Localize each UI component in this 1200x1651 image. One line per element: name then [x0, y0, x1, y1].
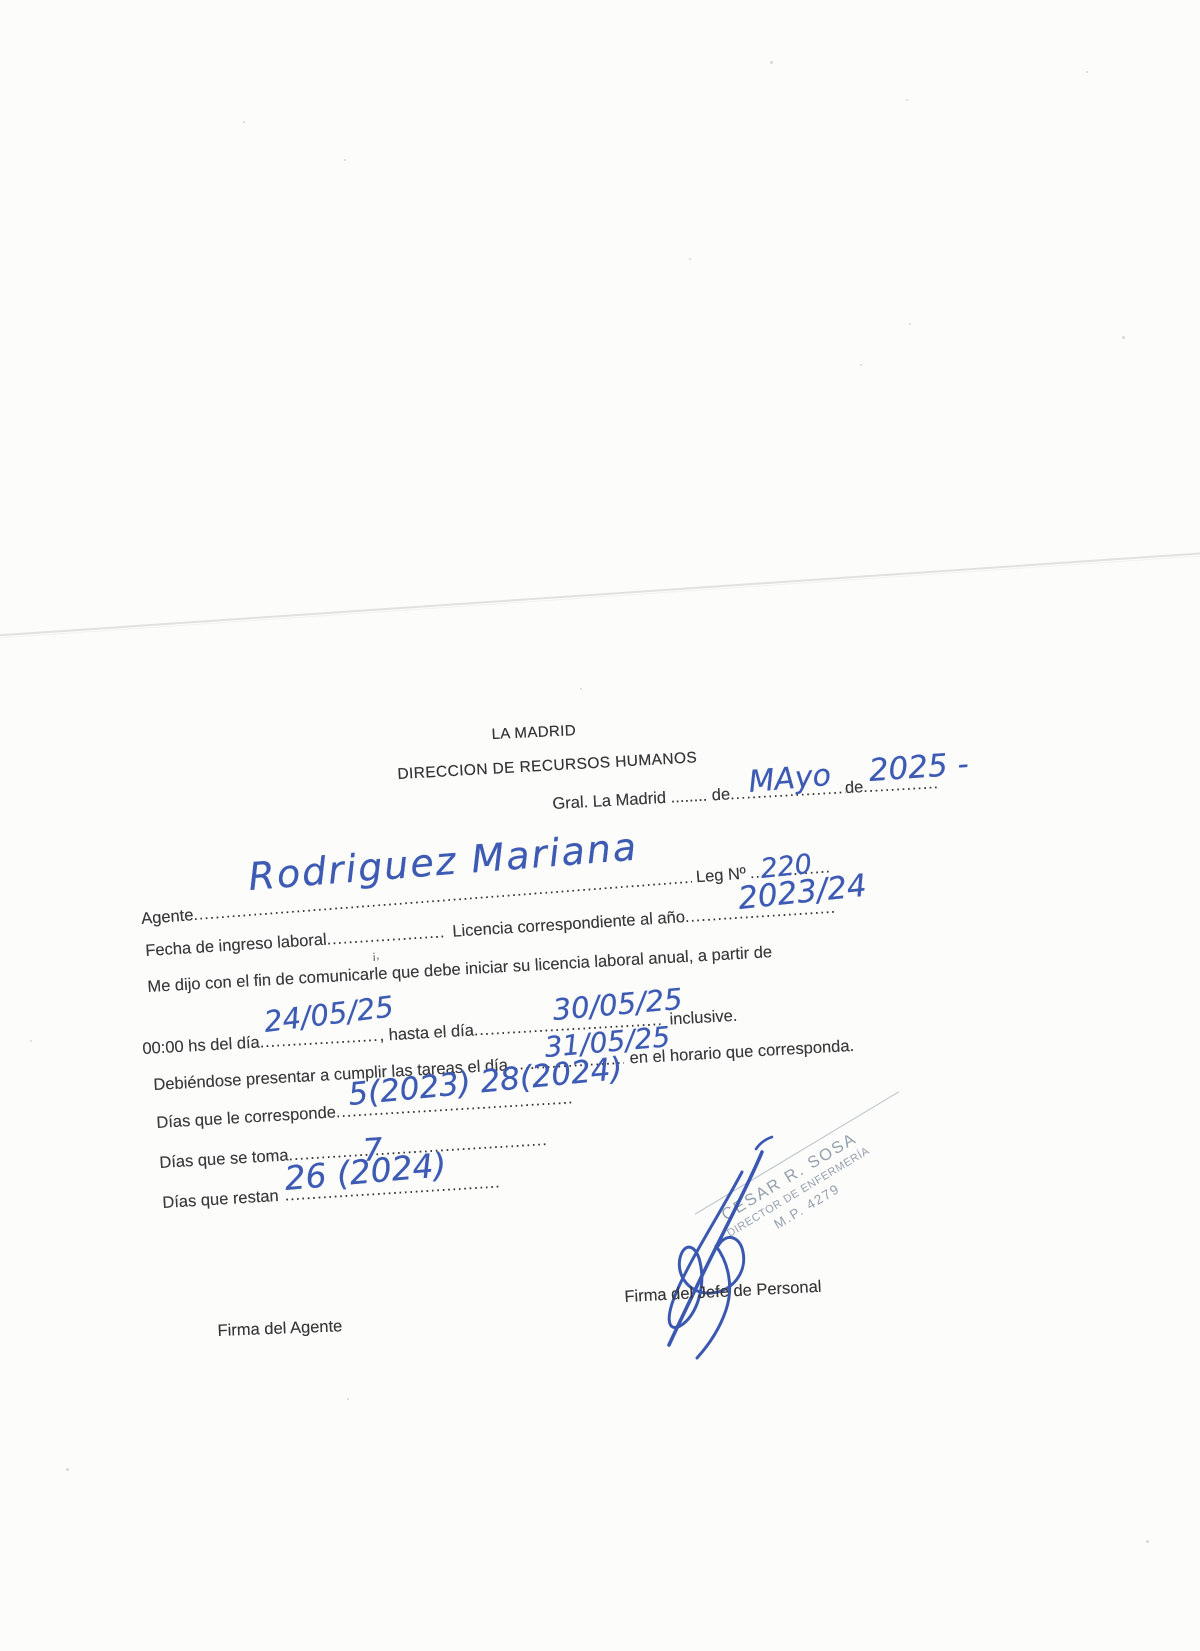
org-subtitle: DIRECCION DE RECURSOS HUMANOS	[397, 749, 698, 784]
signature-stroke	[756, 1137, 772, 1149]
hasta-label: , hasta el día	[379, 1022, 474, 1046]
scan-speck	[1146, 1540, 1149, 1543]
scan-speck	[347, 1398, 349, 1400]
dateline-prefix: Gral. La Madrid ........ de	[552, 785, 731, 814]
fecha-ingreso-label: Fecha de ingreso laboral	[145, 931, 327, 961]
scan-speck	[1122, 336, 1125, 339]
dias-restan-label: Días que restan	[162, 1187, 279, 1213]
scan-speck	[30, 1040, 32, 1042]
print-artifact-mark: ¡,	[372, 948, 380, 962]
scan-speck	[66, 1468, 69, 1471]
scan-speck	[770, 61, 773, 64]
dias-toma-label: Días que se toma	[159, 1146, 289, 1173]
dias-corresponde-label: Días que le corresponde	[156, 1103, 337, 1133]
scan-speck	[243, 121, 245, 123]
dot-leader: ........................................…	[684, 900, 837, 927]
scan-speck	[689, 258, 691, 260]
licencia-label: Licencia correspondiente al año	[444, 908, 686, 942]
dateline-de: de	[844, 778, 863, 798]
signature-stroke	[669, 1172, 743, 1327]
signature-stroke	[669, 1152, 762, 1345]
paper-edge-line	[0, 549, 1200, 641]
org-title: LA MADRID	[491, 722, 576, 743]
scan-speck	[580, 688, 582, 690]
dot-leader: ........................................…	[326, 924, 445, 949]
hs-prefix: 00:00 hs del día	[142, 1033, 260, 1058]
scan-speck	[909, 323, 911, 325]
scan-speck	[1086, 71, 1088, 73]
scan-speck	[344, 159, 346, 161]
agent-signature-label: Firma del Agente	[217, 1317, 342, 1341]
agente-label: Agente	[141, 906, 195, 929]
scan-speck	[860, 364, 862, 366]
scan-speck	[906, 99, 908, 101]
handwritten-month: MAyo	[747, 761, 832, 798]
chief-signature	[600, 1100, 860, 1370]
scanned-document-page: LA MADRID DIRECCION DE RECURSOS HUMANOS …	[0, 0, 1200, 1651]
handwritten-year: 2025 -	[868, 749, 970, 787]
